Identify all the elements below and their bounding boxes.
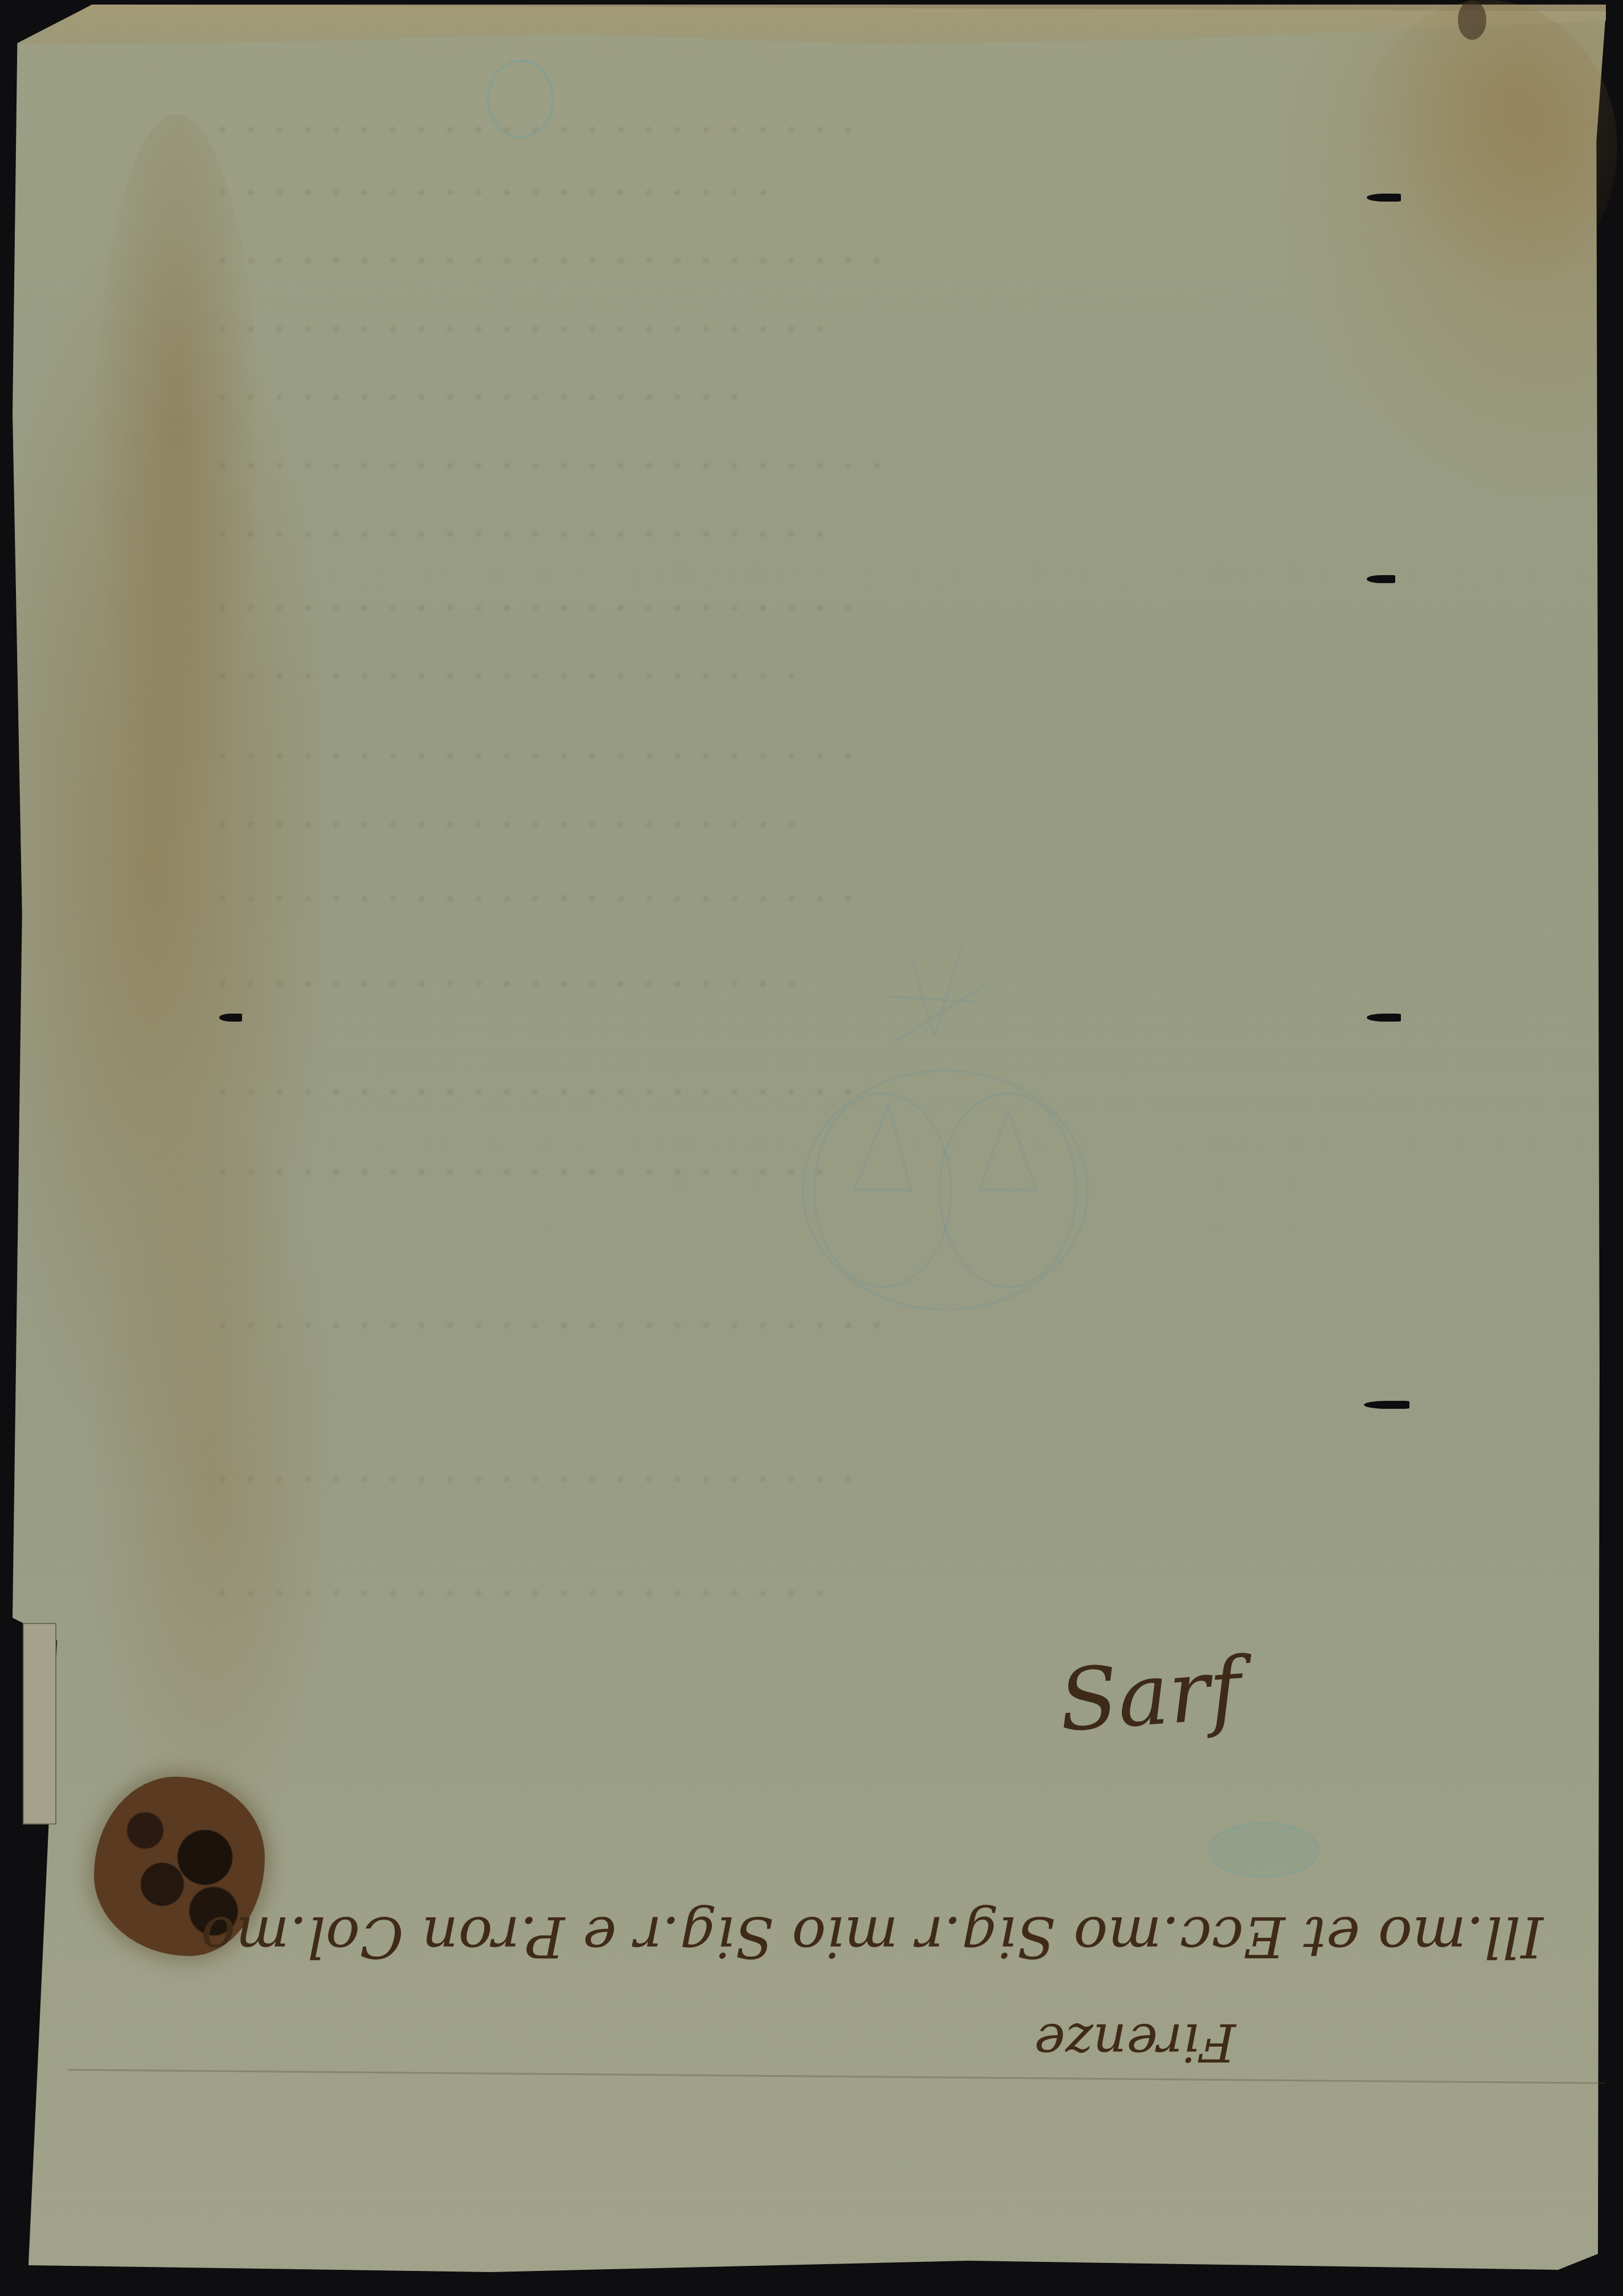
bleed-line: · · · · · · · · · · · · · · · · · · · · … <box>216 239 1475 283</box>
tear-mark <box>1367 575 1395 583</box>
bleed-line: · · · · · · · · · · · · · · · · · · · · … <box>216 1304 1475 1348</box>
bleed-line: · · · · · · · · · · · · · · · · · · · <box>216 376 1475 420</box>
bleed-line: · · · · · · · · · · · · · · · · · · · · … <box>216 444 1475 488</box>
tear-mark <box>1367 194 1401 202</box>
bleed-line: · · · · · · · · · · · · · · · · · · · · … <box>216 735 1475 778</box>
tear-mark <box>1367 1014 1401 1022</box>
bleed-line: · · · · · · · · · · · · · · · · · · · · … <box>216 307 1475 351</box>
tear-mark <box>1364 1401 1409 1409</box>
bleed-line: · · · · · · · · · · · · · · · · · · · · … <box>216 877 1475 921</box>
bleed-line: · · · · · · · · · · · · · · · · · · · · … <box>216 1572 1475 1616</box>
paper-repair-strip <box>23 1623 56 1824</box>
address-line-city: Firenze <box>1034 2012 1236 2073</box>
watermark-icon <box>797 922 1093 1310</box>
archive-stamp-bottom <box>1207 1822 1320 1878</box>
docket-note: Sarf <box>1056 1639 1244 1751</box>
bleed-line: · · · · · · · · · · · · · · · · · · · · … <box>216 803 1475 847</box>
bleed-line: · · · · · · · · · · · · · · · · · · · · … <box>216 587 1475 630</box>
address-block: Ill.mo et Ecc.mo Sig.r mio Sig.r e P.ron… <box>843 1902 1555 2084</box>
bleed-line: · · · · · · · · · · · · · · · · · · · · … <box>216 512 1475 556</box>
bleed-line: · · · · · · · · · · · · · · · · · · · · … <box>216 108 1475 152</box>
tear-mark <box>219 1014 242 1022</box>
address-line-recipient: Ill.mo et Ecc.mo Sig.r mio Sig.r e P.ron… <box>201 1904 1543 1970</box>
bleed-line: · · · · · · · · · · · · · · · · · · · · … <box>216 1458 1475 1502</box>
bleed-line: · · · · · · · · · · · · · · · · · · · · <box>216 171 1475 215</box>
bleed-line: · · · · · · · · · · · · · · · · · · · · … <box>216 655 1475 699</box>
